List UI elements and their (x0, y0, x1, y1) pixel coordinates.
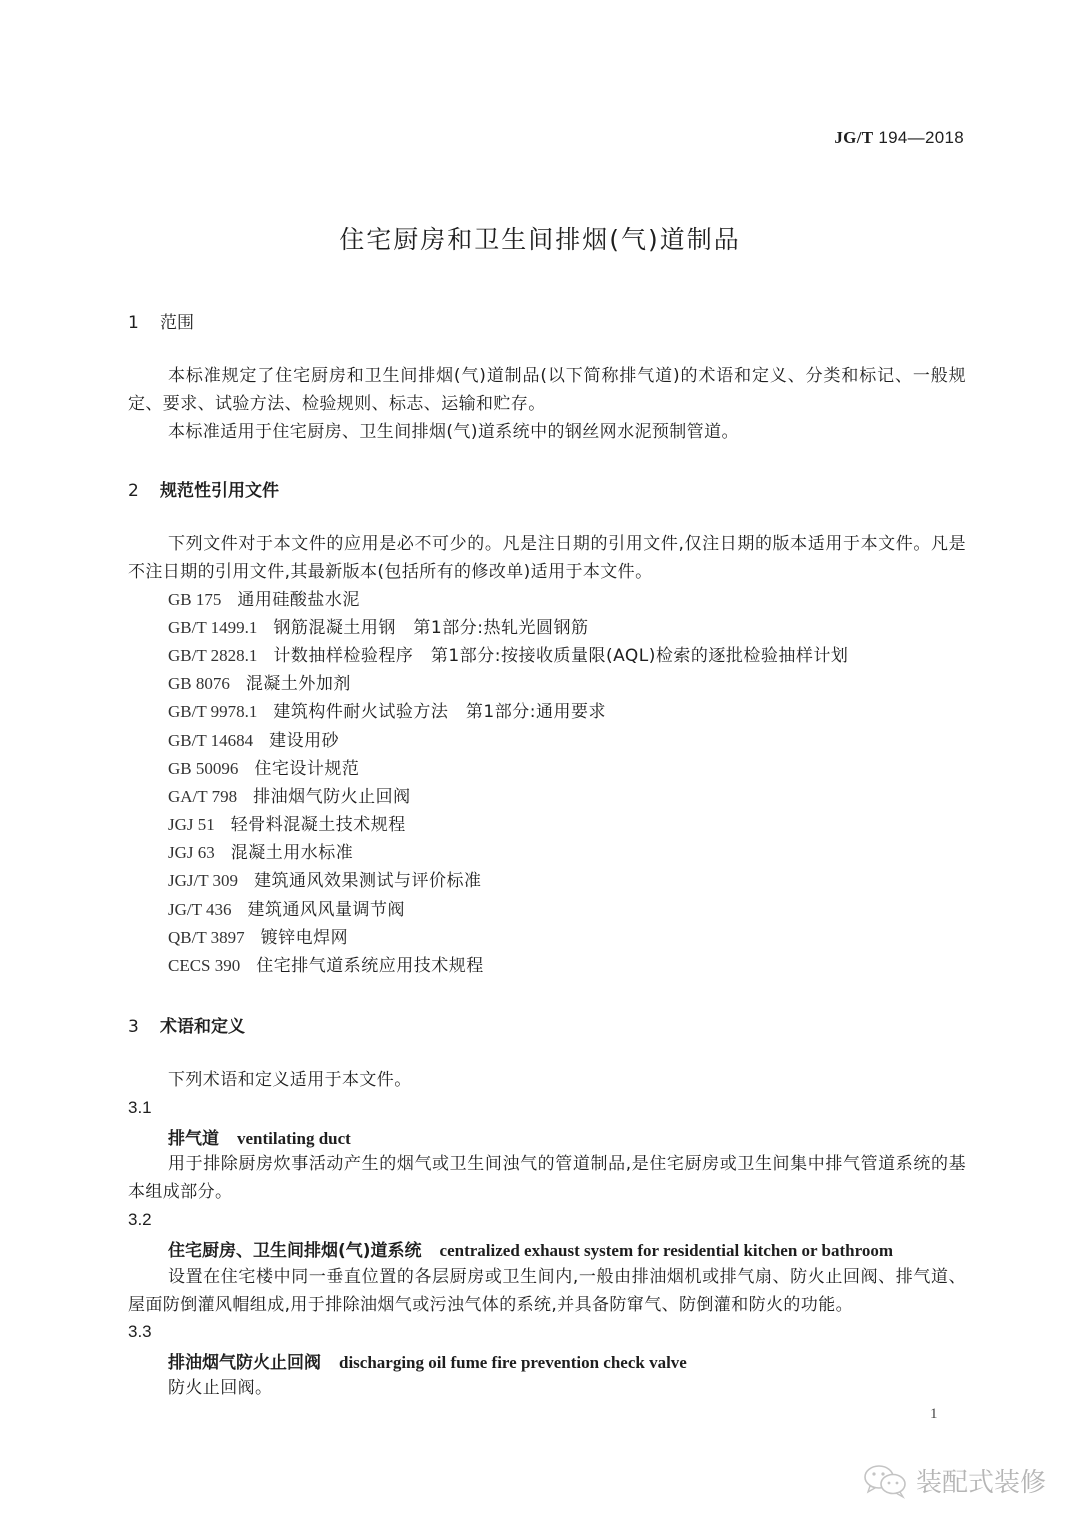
section-1-paragraph-1: 本标准规定了住宅厨房和卫生间排烟(气)道制品(以下简称排气道)的术语和定义、分类… (128, 362, 966, 418)
standard-number: 194—2018 (878, 128, 964, 147)
term-number: 3.2 (128, 1210, 152, 1230)
reference-item: GB 50096住宅设计规范 (168, 755, 359, 783)
term-number: 3.3 (128, 1322, 152, 1342)
reference-item: GB 175通用硅酸盐水泥 (168, 586, 360, 614)
watermark-text: 装配式装修 (916, 1462, 1046, 1499)
term-zh: 排油烟气防火止回阀 (168, 1353, 321, 1373)
reference-item: GB/T 1499.1钢筋混凝土用钢 第1部分:热轧光圆钢筋 (168, 614, 588, 642)
section-3-heading: 3术语和定义 (128, 1012, 245, 1037)
reference-item: GA/T 798排油烟气防火止回阀 (168, 783, 411, 811)
reference-item: JGJ/T 309建筑通风效果测试与评价标准 (168, 867, 482, 895)
section-number: 2 (128, 481, 160, 501)
section-1-paragraph-2: 本标准适用于住宅厨房、卫生间排烟(气)道系统中的钢丝网水泥预制管道。 (128, 418, 966, 446)
reference-item: CECS 390住宅排气道系统应用技术规程 (168, 952, 484, 980)
reference-item: JGJ 51轻骨料混凝土技术规程 (168, 811, 406, 839)
term-en: ventilating duct (237, 1129, 351, 1148)
term-definition: 设置在住宅楼中同一垂直位置的各层厨房或卫生间内,一般由排油烟机或排气扇、防火止回… (128, 1263, 966, 1319)
page-number: 1 (930, 1406, 938, 1423)
term-en: centralized exhaust system for residenti… (440, 1241, 893, 1260)
wechat-icon (862, 1463, 910, 1499)
watermark: 装配式装修 (862, 1462, 1046, 1499)
term-zh: 住宅厨房、卫生间排烟(气)道系统 (168, 1241, 422, 1261)
reference-item: GB/T 14684建设用砂 (168, 727, 339, 755)
reference-item: QB/T 3897镀锌电焊网 (168, 924, 348, 952)
term-definition: 用于排除厨房炊事活动产生的烟气或卫生间浊气的管道制品,是住宅厨房或卫生间集中排气… (128, 1150, 966, 1206)
section-1-heading: 1范围 (128, 308, 194, 333)
term-heading: 住宅厨房、卫生间排烟(气)道系统centralized exhaust syst… (168, 1236, 893, 1261)
section-title: 规范性引用文件 (160, 481, 279, 501)
section-number: 3 (128, 1017, 160, 1037)
section-2-paragraph-1: 下列文件对于本文件的应用是必不可少的。凡是注日期的引用文件,仅注日期的版本适用于… (128, 530, 966, 586)
reference-item: GB 8076混凝土外加剂 (168, 670, 351, 698)
term-number: 3.1 (128, 1098, 152, 1118)
section-title: 术语和定义 (160, 1017, 245, 1037)
document-title: 住宅厨房和卫生间排烟(气)道制品 (0, 220, 1080, 256)
term-heading: 排气道ventilating duct (168, 1124, 351, 1149)
standard-prefix: JG/T (834, 128, 873, 147)
reference-item: GB/T 2828.1计数抽样检验程序 第1部分:按接收质量限(AQL)检索的逐… (168, 642, 848, 670)
term-heading: 排油烟气防火止回阀discharging oil fume fire preve… (168, 1348, 687, 1373)
section-3-paragraph-1: 下列术语和定义适用于本文件。 (128, 1066, 966, 1094)
term-definition: 防火止回阀。 (128, 1374, 966, 1402)
section-title: 范围 (160, 313, 194, 333)
section-2-heading: 2规范性引用文件 (128, 476, 279, 501)
term-en: discharging oil fume fire prevention che… (339, 1353, 687, 1372)
reference-item: GB/T 9978.1建筑构件耐火试验方法 第1部分:通用要求 (168, 698, 606, 726)
term-zh: 排气道 (168, 1129, 219, 1149)
reference-item: JGJ 63混凝土用水标准 (168, 839, 353, 867)
reference-item: JG/T 436建筑通风风量调节阀 (168, 896, 405, 924)
standard-code: JG/T 194—2018 (834, 128, 964, 148)
section-number: 1 (128, 313, 160, 333)
